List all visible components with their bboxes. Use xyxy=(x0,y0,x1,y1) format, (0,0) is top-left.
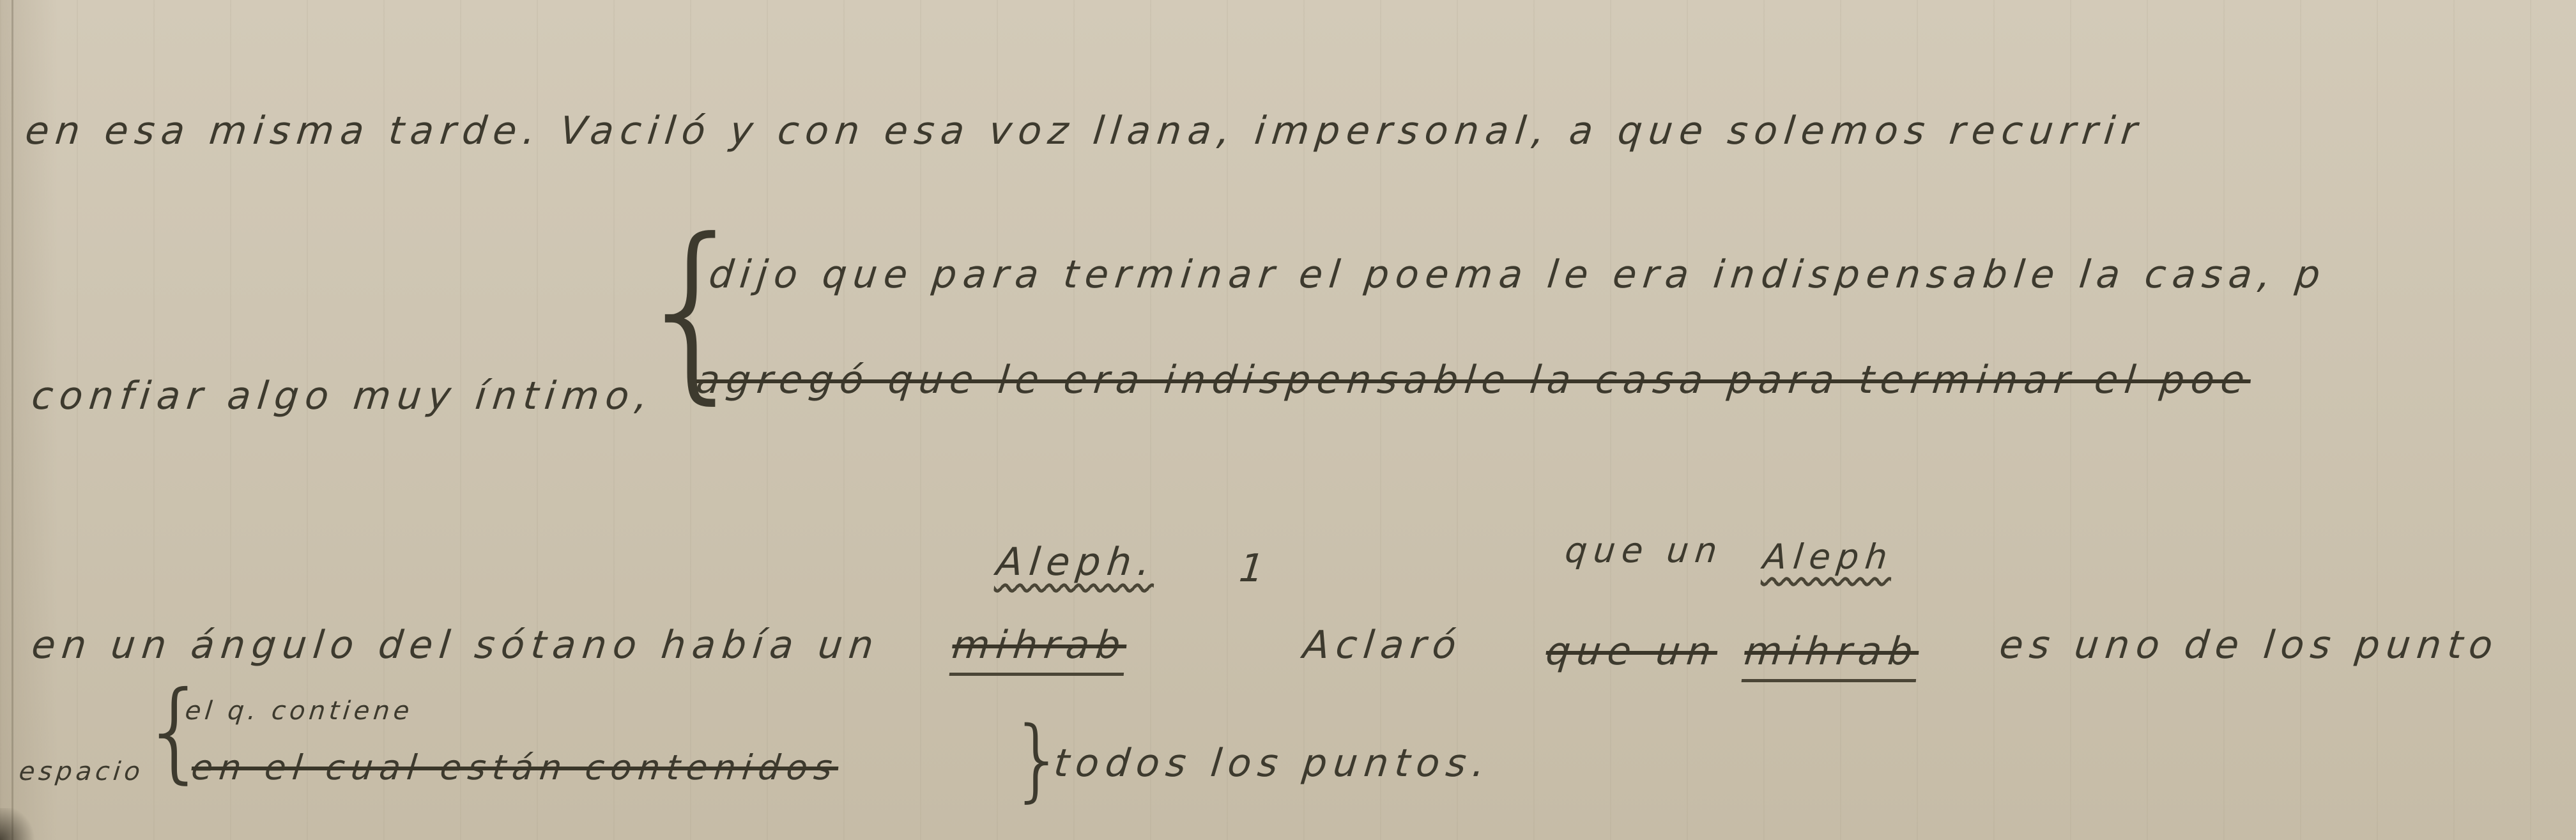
struck-mihrab-2: mihrab xyxy=(1742,629,1921,682)
manuscript-line-2-struck: agregó que le era indispensable la casa … xyxy=(694,358,2253,402)
manuscript-aclaro: Aclaró xyxy=(1301,623,1464,668)
manuscript-line-2-insertion: dijo que para terminar el poema le era i… xyxy=(707,252,2329,297)
que-un-insertion: que un xyxy=(1563,530,1726,570)
manuscript-line-4-right: todos los puntos. xyxy=(1052,741,1493,786)
manuscript-line-4-left: espacio xyxy=(18,757,146,786)
manuscript-line-4-insertion: el q. contiene xyxy=(184,696,415,726)
manuscript-line-3-left: en un ángulo del sótano había un xyxy=(29,623,882,668)
margin-line xyxy=(11,0,13,840)
struck-que-un: que un xyxy=(1544,629,1720,674)
footnote-mark: 1 xyxy=(1237,546,1273,591)
manuscript-line-4-struck: en el cual están contenidos xyxy=(190,747,841,788)
aleph-insertion-2: Aleph xyxy=(1761,537,1896,577)
manuscript-line-2-left: confiar algo muy íntimo, xyxy=(29,374,656,418)
manuscript-line-1: en esa misma tarde. Vaciló y con esa voz… xyxy=(23,109,2145,153)
struck-mihrab-1: mihrab xyxy=(949,623,1129,676)
aleph-insertion-1: Aleph. xyxy=(994,540,1158,584)
manuscript-line-3-right: es uno de los punto xyxy=(1997,623,2501,668)
page-corner-shadow xyxy=(0,808,38,840)
